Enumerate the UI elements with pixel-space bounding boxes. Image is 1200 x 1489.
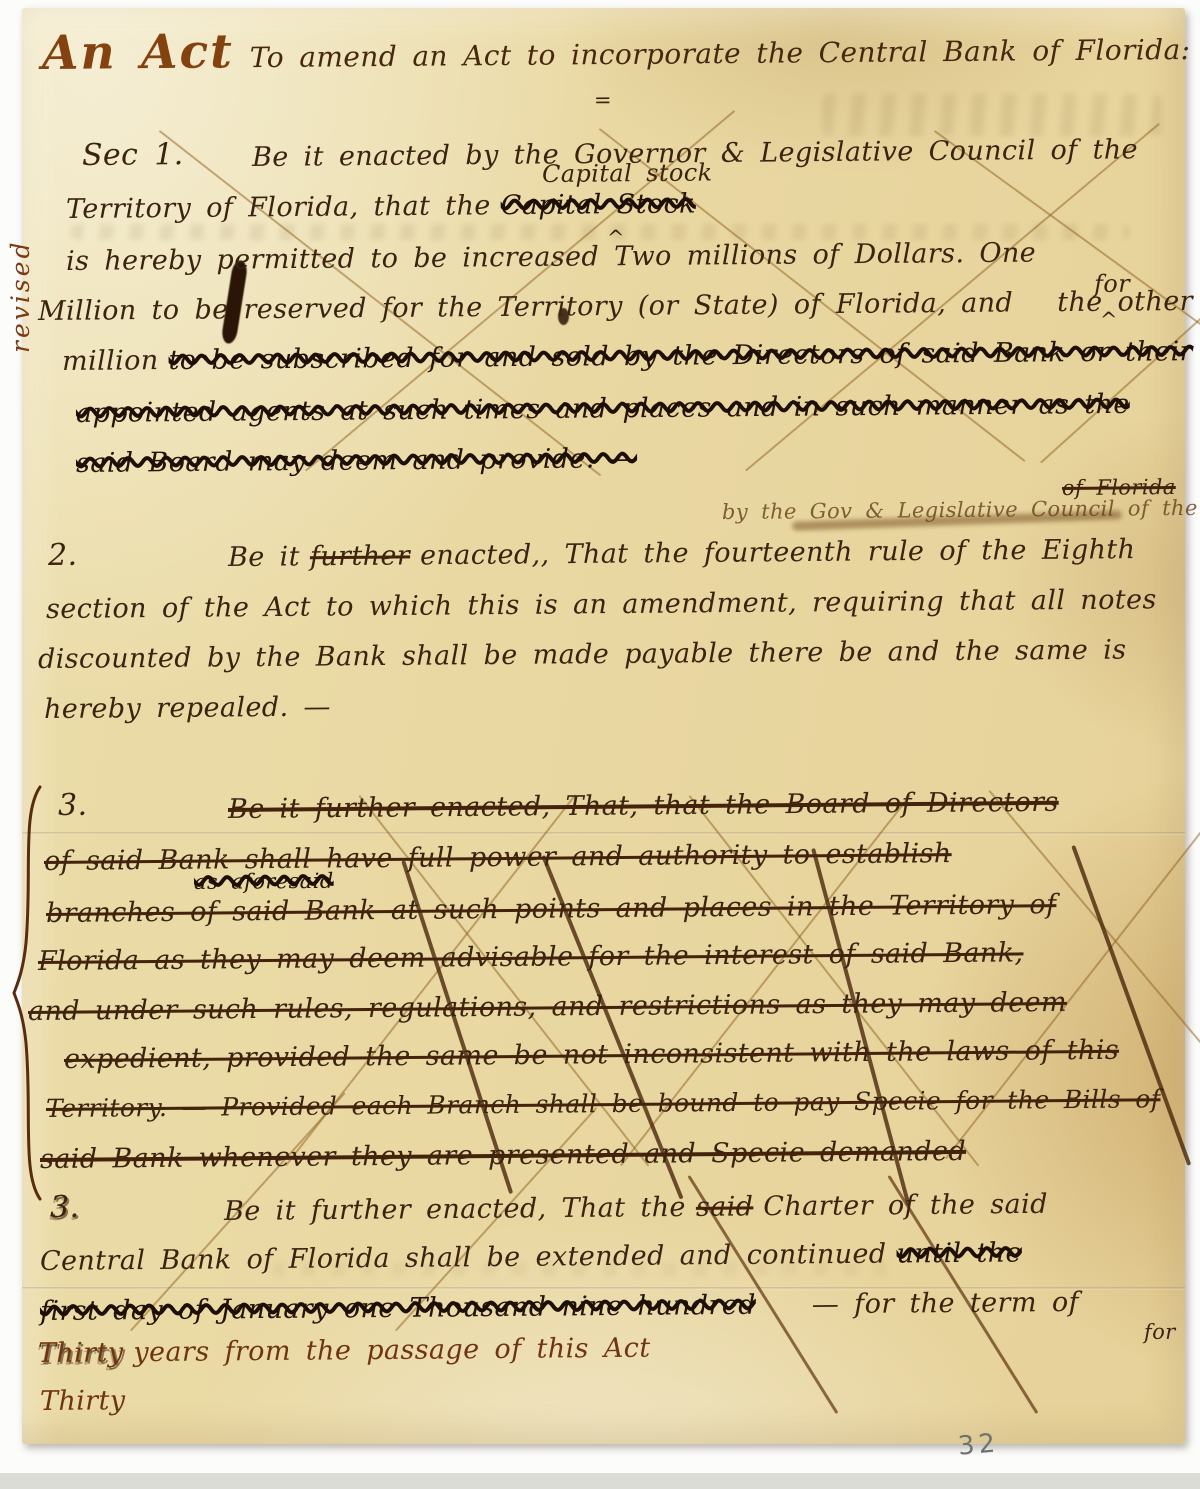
sec1-line4-pre: Million to be reserved for the Territory… [38,287,1013,327]
sec3-line2: of said Bank shall have full power and a… [44,838,952,877]
sec4-line5: Thirty [40,1385,126,1417]
sec4-line1: Be it further enacted, That thesaidChart… [224,1189,1058,1227]
sec3-insertion-struck: as aforesaid [194,869,334,894]
scan-edge-strip [0,1473,1200,1489]
sec1-line4: Million to be reserved for the Territory… [38,286,1200,327]
sec2-label: 2. [48,538,78,573]
edit-mark: = [594,88,612,112]
sec2-line1-pre: Be it [228,541,300,573]
sec3-line8: said Bank whenever they are presented an… [40,1136,966,1175]
sec1-line2-struck: Capital Stock [501,189,696,222]
sec1-line5-pre: million [62,345,159,377]
sec3-label: 3. [58,788,88,823]
sec2-line2: section of the Act to which this is an a… [46,584,1157,625]
sec3-line4: Florida as they may deem advisable for t… [38,937,1024,977]
margin-note: revised [6,213,35,353]
sec2-line1: Be itfurtherenacted,, That the fourteent… [228,534,1146,573]
title-lead: An Act [42,24,234,81]
manuscript-page: revised An ActTo amend an Act to incorpo… [22,8,1185,1444]
ink-bleedthrough [822,94,1162,136]
sec1-insertion-for: for [1094,270,1130,298]
sec1-label: Sec 1. [82,137,184,173]
sec1-line2: Territory of Florida, that theCapital St… [66,188,716,225]
sec1-caret-2: ^ [1100,308,1118,332]
sec4-line3-post: — for the term of [812,1287,1079,1320]
scan-background: revised An ActTo amend an Act to incorpo… [0,0,1200,1489]
sec4-line1-struck: said [696,1191,754,1223]
sec1-insertion-capital-stock: Capital stock [542,159,713,188]
sec4-line4-word: Thirty [38,1337,124,1369]
sec3-line5: and under such rules, regulations, and r… [28,987,1067,1027]
margin-brace [8,783,48,1203]
sec3-line1: Be it further enacted, That, that the Bo… [228,787,1059,825]
sec1-line5: millionto be subscribed for and sold by … [62,336,1200,377]
sec4-line1-post: Charter of the said [763,1189,1048,1222]
sec1-line2-pre: Territory of Florida, that the [66,190,491,225]
sec1-interline-struck: of Florida [1062,475,1176,500]
sec4-line3-struck: first day of January one Thousand nine h… [40,1290,756,1327]
sec1-line7-struck: said Board may deem and provide. — [76,443,637,479]
sec4-line3-below: for [1144,1320,1176,1344]
sec1-line3: is hereby permitted to be increased Two … [66,238,1036,277]
crossout-stroke [1072,845,1192,1166]
sec4-line4-rest: years from the passage of this Act [133,1333,650,1369]
sec1-line6-struck: appointed agents at such times and place… [76,389,1130,429]
title-rest: To amend an Act to incorporate the Centr… [250,33,1191,74]
page-number-pencil: 32 [957,1428,1001,1461]
sec4-line1-pre: Be it further enacted, That the [224,1192,686,1227]
sec2-line1-post: enacted,, That the fourteenth rule of th… [420,534,1136,571]
sec3-line3: branches of said Bank at such points and… [46,889,1057,929]
sec3-line6: expedient, provided the same be not inco… [64,1035,1119,1075]
paper-fold-line [22,832,1185,835]
document-title: An ActTo amend an Act to incorporate the… [42,16,1191,81]
sec1-line5-struck: to be subscribed for and sold by the Dir… [168,336,1193,376]
sec4-line4: Thirtyyears from the passage of this Act [38,1333,661,1369]
sec2-line4: hereby repealed. — [44,691,331,725]
sec4-line2-struck: until the [896,1237,1022,1269]
sec3-line7: Territory. — Provided each Branch shall … [46,1084,1161,1123]
sec2-line3: discounted by the Bank shall be made pay… [38,635,1127,675]
sec4-line3: first day of January one Thousand nine h… [40,1287,1089,1327]
sec4-label: 3. [50,1190,80,1225]
sec2-line1-struck: further [310,540,410,572]
